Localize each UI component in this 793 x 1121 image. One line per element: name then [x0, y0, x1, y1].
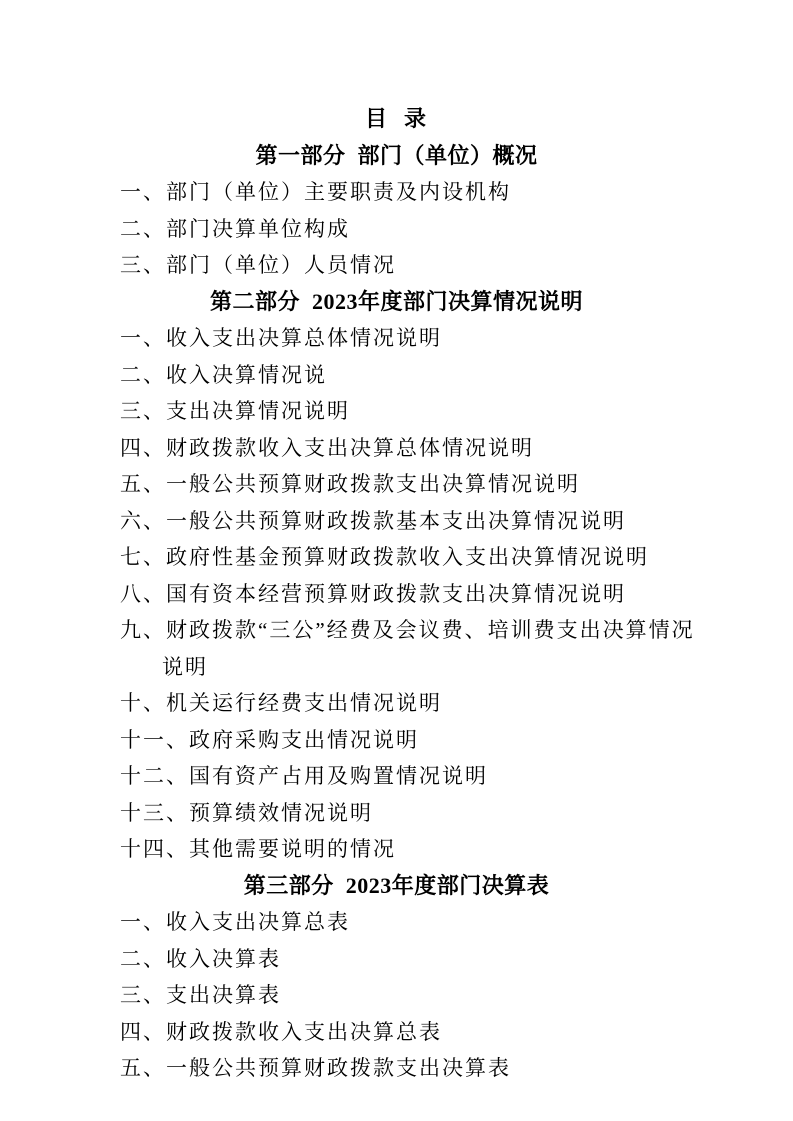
toc-list-part-1: 一、部门（单位）主要职责及内设机构 二、部门决算单位构成 三、部门（单位）人员情…	[120, 174, 750, 284]
toc-item: 一、收入支出决算总表	[120, 904, 750, 941]
toc-item: 十、机关运行经费支出情况说明	[120, 685, 750, 722]
toc-list-part-3: 一、收入支出决算总表 二、收入决算表 三、支出决算表 四、财政拨款收入支出决算总…	[120, 904, 750, 1087]
toc-item: 十四、其他需要说明的情况	[120, 831, 750, 868]
toc-item: 五、一般公共预算财政拨款支出决算情况说明	[120, 466, 750, 503]
toc-item: 五、一般公共预算财政拨款支出决算表	[120, 1050, 750, 1087]
toc-item: 十一、政府采购支出情况说明	[120, 722, 750, 759]
section-heading-part-2: 第二部分 2023年度部门决算情况说明	[0, 284, 793, 321]
toc-item: 十二、国有资产占用及购置情况说明	[120, 758, 750, 795]
page-title: 目 录	[0, 101, 793, 138]
toc-page: 目 录 第一部分 部门（单位）概况 一、部门（单位）主要职责及内设机构 二、部门…	[0, 0, 793, 1121]
toc-list-part-2: 一、收入支出决算总体情况说明 二、收入决算情况说 三、支出决算情况说明 四、财政…	[120, 320, 750, 868]
toc-item: 四、财政拨款收入支出决算总表	[120, 1014, 750, 1051]
section-heading-part-1: 第一部分 部门（单位）概况	[0, 138, 793, 175]
toc-item: 三、部门（单位）人员情况	[120, 247, 750, 284]
toc-item: 八、国有资本经营预算财政拨款支出决算情况说明	[120, 576, 750, 613]
toc-item: 一、部门（单位）主要职责及内设机构	[120, 174, 750, 211]
toc-item: 二、部门决算单位构成	[120, 211, 750, 248]
section-part-3: 第三部分 2023年度部门决算表 一、收入支出决算总表 二、收入决算表 三、支出…	[0, 868, 793, 1087]
section-part-1: 第一部分 部门（单位）概况 一、部门（单位）主要职责及内设机构 二、部门决算单位…	[0, 138, 793, 284]
toc-item: 一、收入支出决算总体情况说明	[120, 320, 750, 357]
section-part-2: 第二部分 2023年度部门决算情况说明 一、收入支出决算总体情况说明 二、收入决…	[0, 284, 793, 868]
toc-item: 二、收入决算情况说	[120, 357, 750, 394]
section-heading-part-3: 第三部分 2023年度部门决算表	[0, 868, 793, 905]
toc-item: 三、支出决算情况说明	[120, 393, 750, 430]
toc-item: 四、财政拨款收入支出决算总体情况说明	[120, 430, 750, 467]
toc-item: 十三、预算绩效情况说明	[120, 795, 750, 832]
toc-item: 三、支出决算表	[120, 977, 750, 1014]
toc-item: 九、财政拨款“三公”经费及会议费、培训费支出决算情况 说明	[120, 612, 750, 685]
toc-item: 二、收入决算表	[120, 941, 750, 978]
toc-item: 七、政府性基金预算财政拨款收入支出决算情况说明	[120, 539, 750, 576]
toc-item: 六、一般公共预算财政拨款基本支出决算情况说明	[120, 503, 750, 540]
